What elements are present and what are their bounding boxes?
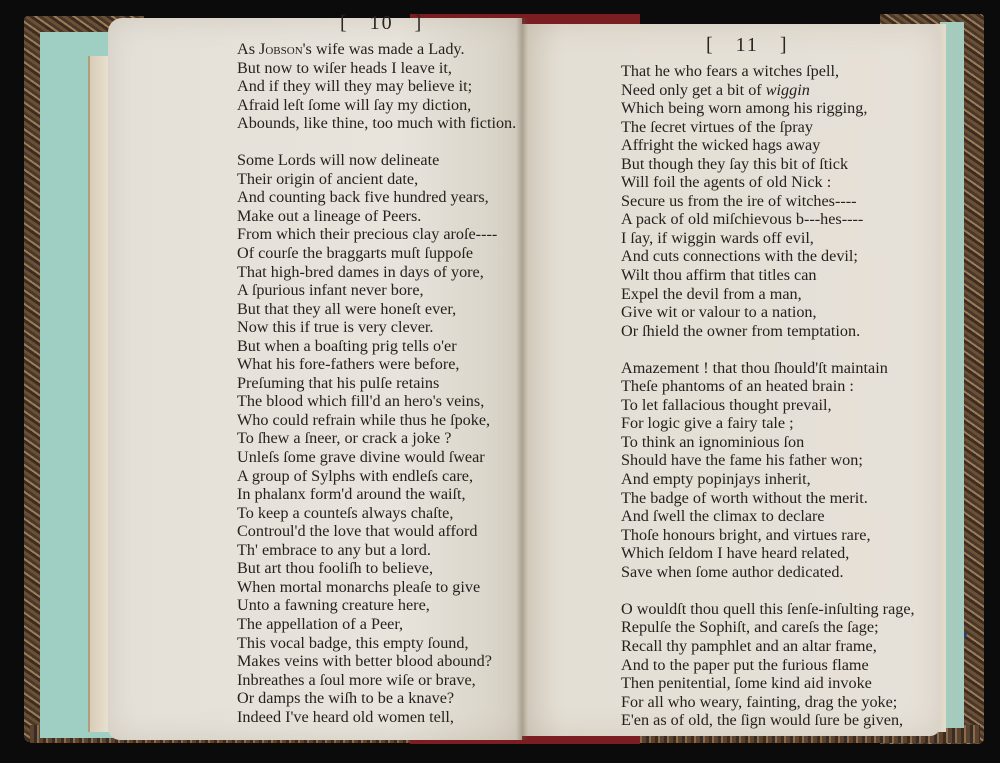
verse-line: In phalanx form'd around the waiſt,: [237, 485, 516, 504]
verse-line: Of courſe the braggarts muſt ſuppoſe: [237, 244, 516, 263]
verse-line: Amazement ! that thou ſhould'ſt maintain: [621, 359, 915, 378]
verse-line: Should have the fame his father won;: [621, 451, 915, 470]
verse-left: As Jobson's wife was made a Lady.But now…: [237, 40, 516, 726]
verse-line: A group of Sylphs with endleſs care,: [237, 467, 516, 486]
verse-line: Indeed I've heard old women tell,: [237, 708, 516, 727]
verse-line: To ſhew a ſneer, or crack a joke ?: [237, 429, 516, 448]
verse-line: Repulſe the Sophiſt, and careſs the ſage…: [621, 618, 915, 637]
verse-line: When mortal monarchs pleaſe to give: [237, 578, 516, 597]
verse-line: But though they ſay this bit of ſtick: [621, 155, 915, 174]
verse-line: And empty popinjays inherit,: [621, 470, 915, 489]
verse-line: To think an ignominious ſon: [621, 433, 915, 452]
verse-line: That he who fears a witches ſpell,: [621, 62, 915, 81]
verse-line: Who could refrain while thus he ſpoke,: [237, 411, 516, 430]
verse-line: And if they will they may believe it;: [237, 77, 516, 96]
verse-line: Theſe phantoms of an heated brain :: [621, 377, 915, 396]
verse-line: The appellation of a Peer,: [237, 615, 516, 634]
verse-line: Abounds, like thine, too much with ficti…: [237, 114, 516, 133]
verse-line: Will foil the agents of old Nick :: [621, 173, 915, 192]
verse-line: E'en as of old, the ſign would ſure be g…: [621, 711, 915, 730]
verse-line: That high-bred dames in days of yore,: [237, 263, 516, 282]
stanza-break: [621, 581, 915, 600]
verse-line: I ſay, if wiggin wards off evil,: [621, 229, 915, 248]
verse-line: Makes veins with better blood abound?: [237, 652, 516, 671]
verse-line: Then penitential, ſome kind aid invoke: [621, 674, 915, 693]
verse-line: Some Lords will now delineate: [237, 151, 516, 170]
verse-line: For all who weary, fainting, drag the yo…: [621, 693, 915, 712]
page-number-left: [ 10 ]: [340, 12, 423, 35]
verse-line: To keep a counteſs always chaſte,: [237, 504, 516, 523]
verse-right: That he who fears a witches ſpell,Need o…: [621, 62, 915, 730]
verse-line: This vocal badge, this empty ſound,: [237, 634, 516, 653]
verse-line: Thoſe honours bright, and virtues rare,: [621, 526, 915, 545]
stanza-break: [621, 340, 915, 359]
verse-line: But art thou fooliſh to believe,: [237, 559, 516, 578]
verse-line: Or ſhield the owner from temptation.: [621, 322, 915, 341]
verse-line: The ſecret virtues of the ſpray: [621, 118, 915, 137]
verse-line: A ſpurious infant never bore,: [237, 281, 516, 300]
verse-line: Secure us from the ire of witches----: [621, 192, 915, 211]
verse-line: Controul'd the love that would afford: [237, 522, 516, 541]
verse-line: But now to wiſer heads I leave it,: [237, 59, 516, 78]
verse-line: And ſwell the climax to declare: [621, 507, 915, 526]
verse-line: And cuts connections with the devil;: [621, 247, 915, 266]
verse-line: Recall thy pamphlet and an altar frame,: [621, 637, 915, 656]
verse-line: Unleſs ſome grave divine would ſwear: [237, 448, 516, 467]
verse-line: But when a boaſting prig tells o'er: [237, 337, 516, 356]
verse-line: Wilt thou affirm that titles can: [621, 266, 915, 285]
verse-line: And to the paper put the furious flame: [621, 656, 915, 675]
verse-line: Which ſeldom I have heard related,: [621, 544, 915, 563]
verse-line: Expel the devil from a man,: [621, 285, 915, 304]
page-number-right: [ 11 ]: [706, 34, 789, 57]
verse-line: O wouldſt thou quell this ſenſe-inſultin…: [621, 600, 915, 619]
verse-line: Need only get a bit of wiggin: [621, 81, 915, 100]
verse-line: As Jobson's wife was made a Lady.: [237, 40, 516, 59]
verse-line: Save when ſome author dedicated.: [621, 563, 915, 582]
verse-line: The badge of worth without the merit.: [621, 489, 915, 508]
verse-line: Affright the wicked hags away: [621, 136, 915, 155]
verse-line: A pack of old miſchievous b---hes----: [621, 210, 915, 229]
verse-line: But that they all were honeſt ever,: [237, 300, 516, 319]
book-photograph: [ 10 ] As Jobson's wife was made a Lady.…: [0, 0, 1000, 763]
verse-line: Now this if true is very clever.: [237, 318, 516, 337]
verse-line: Unto a fawning creature here,: [237, 596, 516, 615]
verse-line: Th' embrace to any but a lord.: [237, 541, 516, 560]
verse-line: The blood which fill'd an hero's veins,: [237, 392, 516, 411]
verse-line: For logic give a fairy tale ;: [621, 414, 915, 433]
stanza-break: [237, 133, 516, 152]
verse-line: Preſuming that his pulſe retains: [237, 374, 516, 393]
verse-line: Make out a lineage of Peers.: [237, 207, 516, 226]
verse-line: To let fallacious thought prevail,: [621, 396, 915, 415]
verse-line: Afraid leſt ſome will ſay my diction,: [237, 96, 516, 115]
verse-line: And counting back five hundred years,: [237, 188, 516, 207]
gutter-shadow: [516, 18, 528, 740]
verse-line: From which their precious clay aroſe----: [237, 225, 516, 244]
verse-line: Which being worn among his rigging,: [621, 99, 915, 118]
verse-line: Inbreathes a ſoul more wiſe or brave,: [237, 671, 516, 690]
verse-line: Or damps the wiſh to be a knave?: [237, 689, 516, 708]
verse-line: Their origin of ancient date,: [237, 170, 516, 189]
verse-line: What his fore-fathers were before,: [237, 355, 516, 374]
verse-line: Give wit or valour to a nation,: [621, 303, 915, 322]
